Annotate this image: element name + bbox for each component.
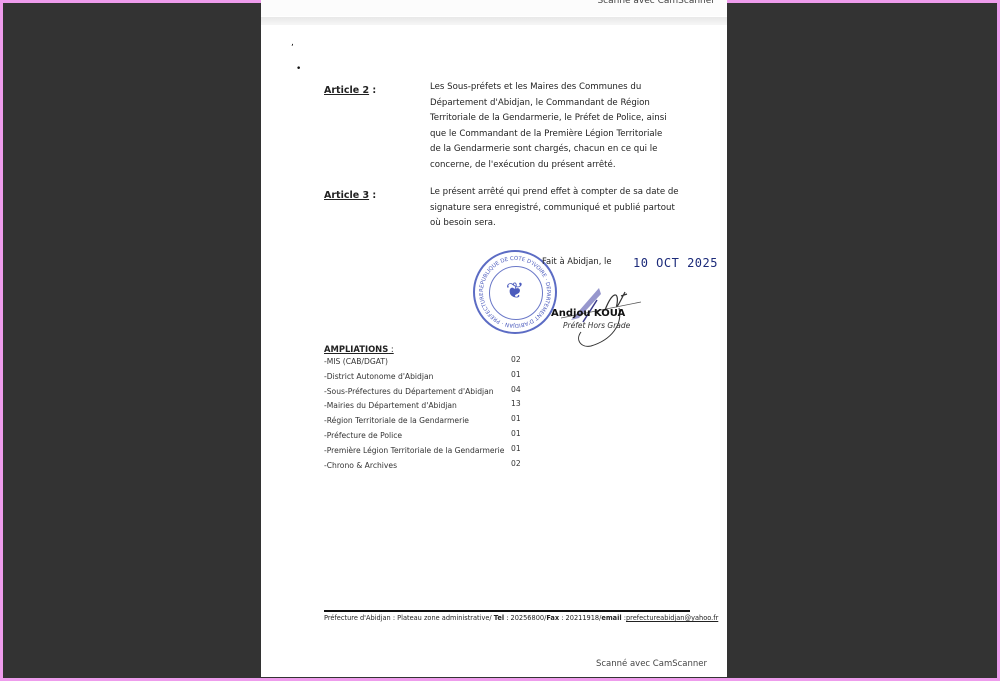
page-separator (261, 17, 727, 25)
article-3-text: Le présent arrêté qui prend effet à comp… (430, 185, 710, 232)
article-2-text: Les Sous-préfets et les Maires des Commu… (430, 80, 710, 174)
amplification-item: -Première Légion Territoriale de la Gend… (324, 446, 524, 455)
amplification-item: -Chrono & Archives (324, 461, 524, 470)
article-2-label: Article 2 : (324, 85, 376, 96)
text-line: Territoriale de la Gendarmerie, le Préfe… (430, 111, 710, 127)
text-line: Département d'Abidjan, le Commandant de … (430, 96, 710, 112)
amplification-item: -Région Territoriale de la Gendarmerie (324, 416, 524, 425)
footer-divider (324, 610, 690, 612)
amplification-count: 01 (511, 429, 521, 438)
text-line: signature sera enregistré, communiqué et… (430, 201, 710, 217)
text-line: Le présent arrêté qui prend effet à comp… (430, 185, 710, 201)
amplification-count: 02 (511, 459, 521, 468)
amplification-item: -District Autonome d'Abidjan (324, 372, 524, 381)
email-link[interactable]: prefectureabidjan@yahoo.fr (626, 614, 718, 622)
camscanner-watermark-top: Scanné avec CamScanner (597, 0, 715, 6)
scan-mark: • (296, 64, 301, 74)
amplification-count: 01 (511, 444, 521, 453)
amplification-count: 01 (511, 414, 521, 423)
text-line: Les Sous-préfets et les Maires des Commu… (430, 80, 710, 96)
scanned-page: Scanné avec CamScanner , • Article 2 : L… (261, 0, 727, 677)
amplification-count: 01 (511, 370, 521, 379)
amplification-item: -Sous-Préfectures du Département d'Abidj… (324, 387, 524, 396)
coat-of-arms-icon: ❦ (501, 276, 529, 308)
amplification-count: 13 (511, 399, 521, 408)
footer-contact: Préfecture d'Abidjan : Plateau zone admi… (324, 614, 718, 622)
text-line: où besoin sera. (430, 216, 710, 232)
amplification-count: 02 (511, 355, 521, 364)
amplification-item: -Mairies du Département d'Abidjan (324, 401, 524, 410)
text-line: de la Gendarmerie sont chargés, chacun e… (430, 142, 710, 158)
scan-mark: , (291, 38, 294, 48)
text-line: concerne, de l'exécution du présent arrê… (430, 158, 710, 174)
signer-name: Andjou KOUA (551, 308, 625, 319)
date-stamp: 10 OCT 2025 (633, 256, 718, 270)
place-line: Fait à Abidjan, le (542, 256, 612, 266)
amplifications-title: AMPLIATIONS : (324, 344, 394, 354)
signer-title: Préfet Hors Grade (563, 321, 630, 330)
text-line: que le Commandant de la Première Légion … (430, 127, 710, 143)
amplification-item: -Préfecture de Police (324, 431, 524, 440)
article-3-label: Article 3 : (324, 190, 376, 201)
amplification-count: 04 (511, 385, 521, 394)
previous-page-edge: Scanné avec CamScanner (261, 0, 727, 16)
camscanner-watermark-bottom: Scanné avec CamScanner (596, 659, 707, 669)
amplification-item: -MIS (CAB/DGAT) (324, 357, 524, 366)
